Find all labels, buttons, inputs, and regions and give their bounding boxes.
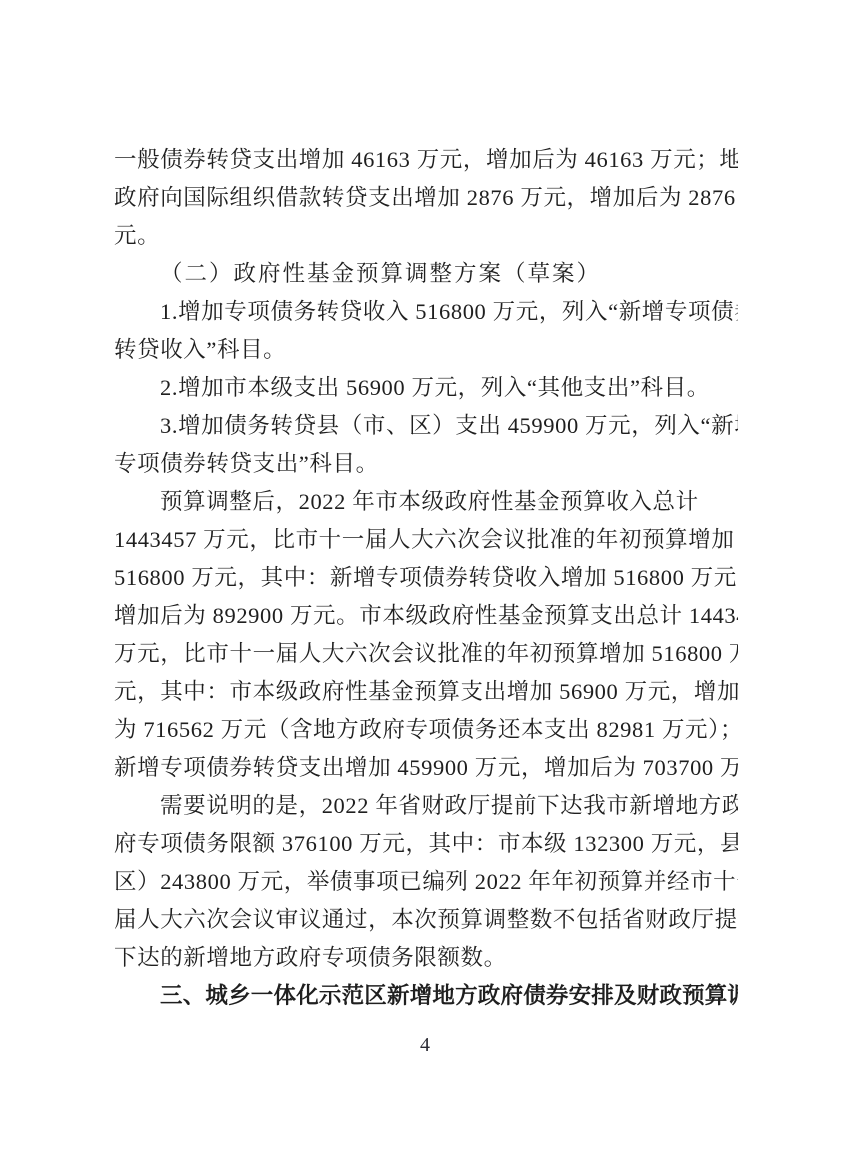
text-line: 下达的新增地方政府专项债务限额数。 xyxy=(114,939,738,977)
text-line: 新增专项债券转贷支出增加 459900 万元，增加后为 703700 万元。 xyxy=(114,749,738,787)
text-line: 府专项债务限额 376100 万元，其中：市本级 132300 万元，县（市、 xyxy=(114,825,738,863)
text-line: 2.增加市本级支出 56900 万元，列入“其他支出”科目。 xyxy=(114,369,738,407)
text-line: 届人大六次会议审议通过，本次预算调整数不包括省财政厅提前 xyxy=(114,901,738,939)
text-line: 增加后为 892900 万元。市本级政府性基金预算支出总计 1443457 xyxy=(114,597,738,635)
subsection-heading: （二）政府性基金预算调整方案（草案） xyxy=(114,255,738,293)
text-line: 为 716562 万元（含地方政府专项债务还本支出 82981 万元）； xyxy=(114,711,738,749)
text-line: 元，其中：市本级政府性基金预算支出增加 56900 万元，增加后 xyxy=(114,673,738,711)
text-line: 预算调整后，2022 年市本级政府性基金预算收入总计 xyxy=(114,483,738,521)
text-line: 1443457 万元，比市十一届人大六次会议批准的年初预算增加 xyxy=(114,521,738,559)
text-line: 需要说明的是，2022 年省财政厅提前下达我市新增地方政 xyxy=(114,787,738,825)
section-heading: 三、城乡一体化示范区新增地方政府债券安排及财政预算调 xyxy=(114,977,738,1015)
text-line: 转贷收入”科目。 xyxy=(114,331,738,369)
text-line: 一般债券转贷支出增加 46163 万元，增加后为 46163 万元；地方 xyxy=(114,141,738,179)
text-line: 专项债券转贷支出”科目。 xyxy=(114,445,738,483)
document-page: 一般债券转贷支出增加 46163 万元，增加后为 46163 万元；地方政府向国… xyxy=(0,0,850,1150)
text-line: 区）243800 万元，举债事项已编列 2022 年年初预算并经市十一 xyxy=(114,863,738,901)
document-body: 一般债券转贷支出增加 46163 万元，增加后为 46163 万元；地方政府向国… xyxy=(114,141,738,1015)
page-number: 4 xyxy=(0,1030,850,1060)
text-line: 3.增加债务转贷县（市、区）支出 459900 万元，列入“新增 xyxy=(114,407,738,445)
text-line: 1.增加专项债务转贷收入 516800 万元，列入“新增专项债券 xyxy=(114,293,738,331)
text-line: 516800 万元，其中：新增专项债券转贷收入增加 516800 万元， xyxy=(114,559,738,597)
text-line: 政府向国际组织借款转贷支出增加 2876 万元，增加后为 2876 万 xyxy=(114,179,738,217)
text-line: 万元，比市十一届人大六次会议批准的年初预算增加 516800 万 xyxy=(114,635,738,673)
text-line: 元。 xyxy=(114,217,738,255)
